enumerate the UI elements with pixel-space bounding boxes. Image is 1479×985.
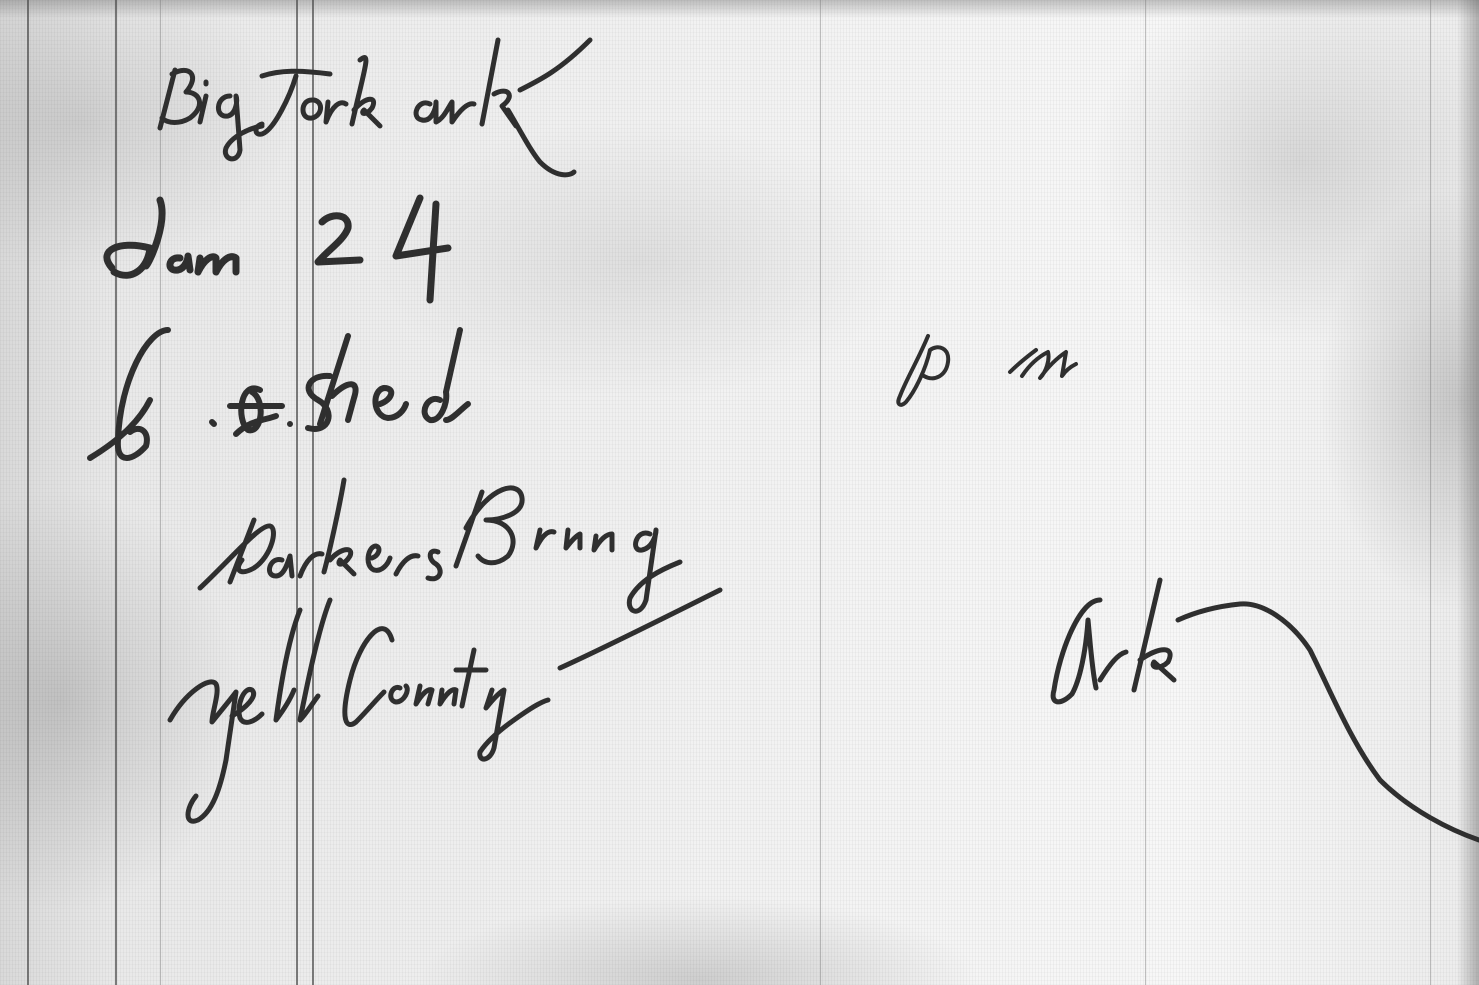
handwriting-date (107, 198, 448, 300)
handwriting-place (160, 40, 590, 175)
handwriting-town (200, 480, 680, 611)
handwriting-name (90, 330, 468, 458)
handwriting-title (898, 336, 1076, 405)
handwriting-county (170, 580, 1479, 840)
handwriting-layer (0, 0, 1479, 985)
scanned-document: Big Fork ark Jan 24 C. A. Shed P.M Parke… (0, 0, 1479, 985)
